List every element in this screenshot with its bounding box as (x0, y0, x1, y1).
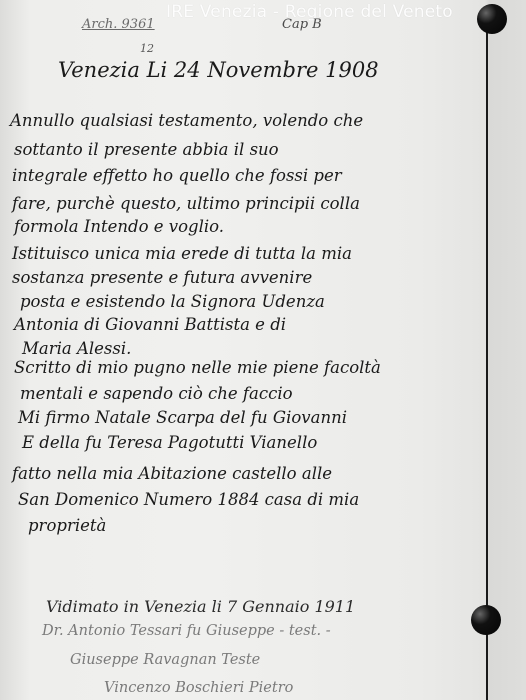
body-line: mentali e sapendo ciò che faccio (20, 384, 293, 403)
body-line: formola Intendo e voglio. (14, 217, 224, 236)
body-line: San Domenico Numero 1884 casa di mia (18, 490, 359, 509)
validation-witness-line: Giuseppe Ravagnan Teste (70, 652, 260, 668)
body-line: posta e esistendo la Signora Udenza (20, 292, 325, 311)
body-line: fatto nella mia Abitazione castello alle (12, 464, 332, 483)
body-line: integrale effetto ho quello che fossi pe… (12, 166, 342, 185)
body-line: Maria Alessi. (22, 339, 131, 358)
body-line: Istituisco unica mia erede di tutta la m… (12, 244, 352, 263)
body-line: Mi firmo Natale Scarpa del fu Giovanni (18, 408, 347, 427)
validation-line: Vidimato in Venezia li 7 Gennaio 1911 (46, 597, 355, 616)
document-page: IRE Venezia - Regione del Veneto Arch. 9… (0, 0, 526, 700)
punch-hole-bottom (471, 605, 501, 635)
body-line: E della fu Teresa Pagotutti Vianello (22, 433, 317, 452)
punch-hole-top (477, 4, 507, 34)
validation-witness-line: Dr. Antonio Tessari fu Giuseppe - test. … (42, 623, 331, 639)
body-line: Antonia di Giovanni Battista e di (14, 315, 286, 334)
reference-code: Cap B (282, 17, 322, 32)
validation-witness-line: Vincenzo Boschieri Pietro (104, 680, 293, 696)
body-line: sostanza presente e futura avvenire (12, 268, 312, 287)
archive-number: Arch. 9361 (82, 17, 155, 32)
body-line: fare, purchè questo, ultimo principii co… (12, 194, 360, 213)
page-edge-line (486, 18, 488, 700)
body-line: Scritto di mio pugno nelle mie piene fac… (14, 358, 381, 377)
page-number-annotation: 12 (140, 42, 154, 55)
body-line: sottanto il presente abbia il suo (14, 140, 279, 159)
date-line: Venezia Li 24 Novembre 1908 (58, 58, 379, 82)
body-line: Annullo qualsiasi testamento, volendo ch… (10, 111, 363, 130)
body-line: proprietà (28, 516, 106, 535)
